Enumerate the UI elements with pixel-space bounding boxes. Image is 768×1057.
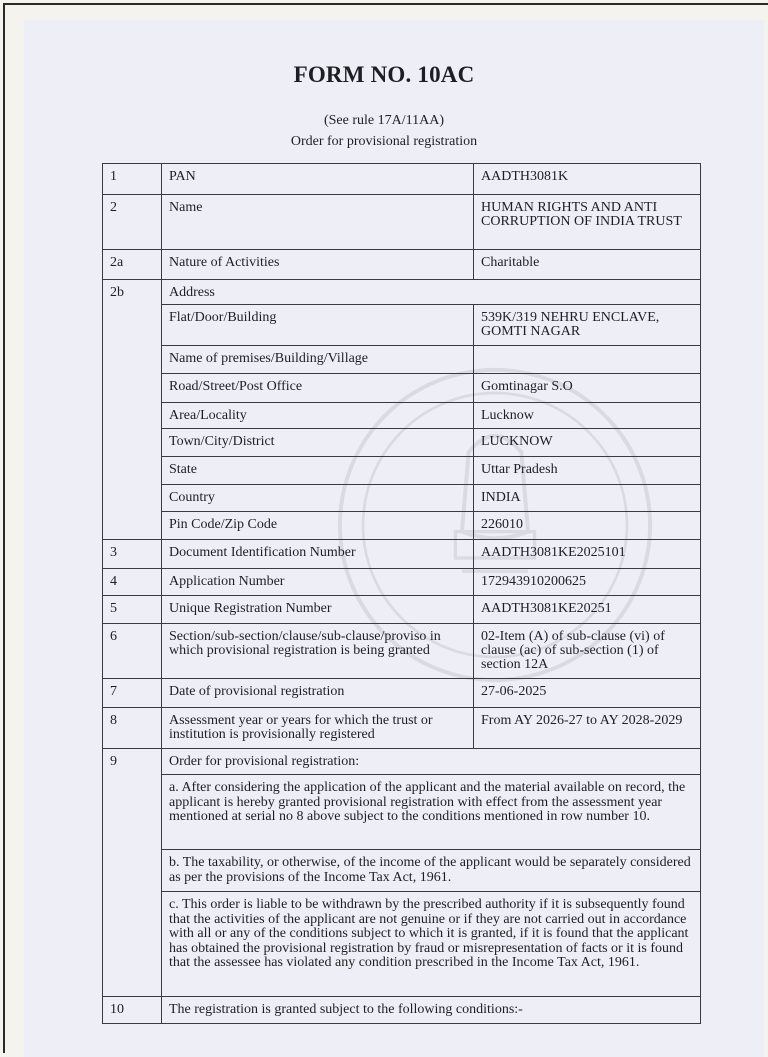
row-number: 10 [103,997,162,1024]
form-subtitle: Order for provisional registration [0,134,768,150]
address-label: Name of premises/Building/Village [162,346,474,374]
address-row-pin: Pin Code/Zip Code 226010 [103,512,701,540]
application-value: 172943910200625 [474,569,701,596]
row-number: 3 [103,540,162,569]
address-label: Town/City/District [162,429,474,457]
row-label: PAN [162,164,474,195]
order-paragraph-c: c. This order is liable to be withdrawn … [103,892,701,997]
address-label: Country [162,485,474,512]
row-label: Order for provisional registration: [162,749,701,775]
row-label: The registration is granted subject to t… [162,997,701,1024]
address-row-road: Road/Street/Post Office Gomtinagar S.O [103,374,701,403]
table-row-pan: 1 PAN AADTH3081K [103,164,701,195]
row-number: 6 [103,624,162,679]
row-label: Section/sub-section/clause/sub-clause/pr… [162,624,474,679]
address-value [474,346,701,374]
scan-edge-top [3,3,768,5]
section-value: 02-Item (A) of sub-clause (vi) of clause… [474,624,701,679]
order-paragraph-b: b. The taxability, or otherwise, of the … [103,850,701,892]
row-label: Application Number [162,569,474,596]
address-row-town: Town/City/District LUCKNOW [103,429,701,457]
table-row-assessment: 8 Assessment year or years for which the… [103,708,701,749]
row-number: 1 [103,164,162,195]
row-label: Unique Registration Number [162,596,474,624]
rule-reference: (See rule 17A/11AA) [0,113,768,129]
address-row-area: Area/Locality Lucknow [103,403,701,429]
order-paragraph: b. The taxability, or otherwise, of the … [162,850,701,892]
table-row-date: 7 Date of provisional registration 27-06… [103,679,701,708]
order-paragraph: c. This order is liable to be withdrawn … [162,892,701,997]
table-row-order: 9 Order for provisional registration: [103,749,701,775]
pan-value: AADTH3081K [474,164,701,195]
row-label: Address [162,280,701,305]
row-label: Assessment year or years for which the t… [162,708,474,749]
table-row-din: 3 Document Identification Number AADTH30… [103,540,701,569]
address-value: Uttar Pradesh [474,457,701,485]
row-number: 5 [103,596,162,624]
address-label: Pin Code/Zip Code [162,512,474,540]
address-value: INDIA [474,485,701,512]
table-row-section: 6 Section/sub-section/clause/sub-clause/… [103,624,701,679]
form-title: FORM NO. 10AC [0,62,768,88]
nature-value: Charitable [474,250,701,280]
address-value: 226010 [474,512,701,540]
date-value: 27-06-2025 [474,679,701,708]
address-row-flat: Flat/Door/Building 539K/319 NEHRU ENCLAV… [103,305,701,346]
registration-table: 1 PAN AADTH3081K 2 Name HUMAN RIGHTS AND… [102,163,701,1024]
assessment-value: From AY 2026-27 to AY 2028-2029 [474,708,701,749]
address-value: 539K/319 NEHRU ENCLAVE, GOMTI NAGAR [474,305,701,346]
row-number: 4 [103,569,162,596]
din-value: AADTH3081KE2025101 [474,540,701,569]
urn-value: AADTH3081KE20251 [474,596,701,624]
address-label: State [162,457,474,485]
address-label: Area/Locality [162,403,474,429]
scan-edge-left [3,3,5,1053]
address-row-state: State Uttar Pradesh [103,457,701,485]
table-row-application: 4 Application Number 172943910200625 [103,569,701,596]
address-label: Flat/Door/Building [162,305,474,346]
row-number: 8 [103,708,162,749]
row-number: 2b [103,280,162,540]
address-label: Road/Street/Post Office [162,374,474,403]
order-paragraph: a. After considering the application of … [162,775,701,850]
table-row-name: 2 Name HUMAN RIGHTS AND ANTI CORRUPTION … [103,195,701,250]
row-label: Nature of Activities [162,250,474,280]
row-number: 7 [103,679,162,708]
address-value: LUCKNOW [474,429,701,457]
address-row-premises: Name of premises/Building/Village [103,346,701,374]
table-row-urn: 5 Unique Registration Number AADTH3081KE… [103,596,701,624]
table-row-address: 2b Address [103,280,701,305]
order-paragraph-a: a. After considering the application of … [103,775,701,850]
row-number: 2a [103,250,162,280]
address-row-country: Country INDIA [103,485,701,512]
row-label: Name [162,195,474,250]
row-number: 9 [103,749,162,997]
row-number: 2 [103,195,162,250]
table-row-nature: 2a Nature of Activities Charitable [103,250,701,280]
name-value: HUMAN RIGHTS AND ANTI CORRUPTION OF INDI… [474,195,701,250]
table-row-conditions: 10 The registration is granted subject t… [103,997,701,1024]
address-value: Lucknow [474,403,701,429]
address-value: Gomtinagar S.O [474,374,701,403]
row-label: Date of provisional registration [162,679,474,708]
row-label: Document Identification Number [162,540,474,569]
